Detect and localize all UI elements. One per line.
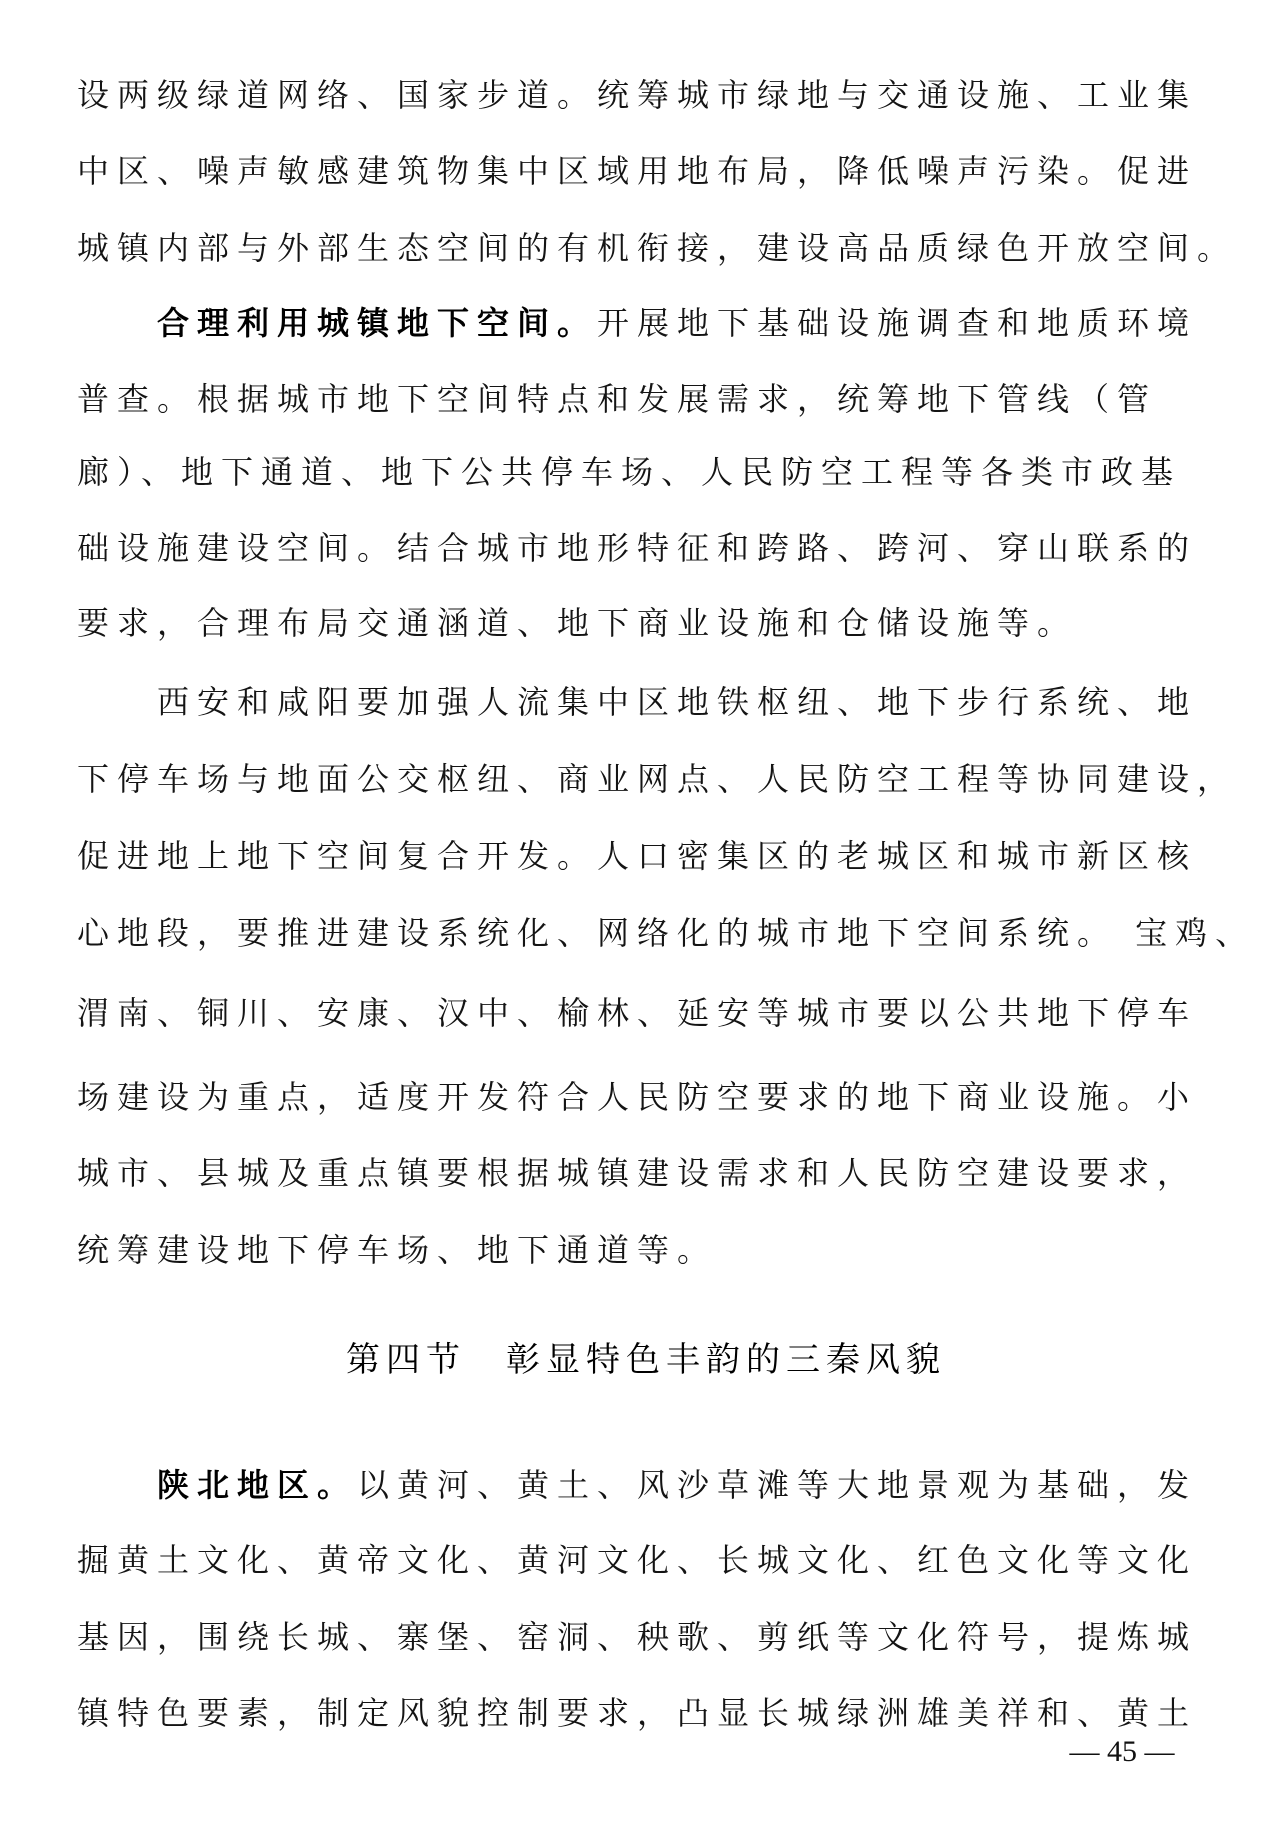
paragraph-2-line-1: 合理利用城镇地下空间。开展地下基础设施调查和地质环境 (157, 285, 1197, 361)
paragraph-4-line-2: 掘黄土文化、黄帝文化、黄河文化、长城文化、红色文化等文化 (77, 1522, 1197, 1598)
paragraph-1-line-1: 设两级绿道网络、国家步道。统筹城市绿地与交通设施、工业集 (77, 57, 1197, 133)
paragraph-4-line-3: 基因，围绕长城、寨堡、窑洞、秧歌、剪纸等文化符号，提炼城 (77, 1599, 1197, 1675)
paragraph-3-line-2: 下停车场与地面公交枢纽、商业网点、人民防空工程等协同建设， (77, 741, 1237, 817)
paragraph-2-line-4: 础设施建设空间。结合城市地形特征和跨路、跨河、穿山联系的 (77, 510, 1197, 586)
paragraph-3-line-6: 场建设为重点，适度开发符合人民防空要求的地下商业设施。小 (77, 1059, 1197, 1135)
paragraph-1-line-3: 城镇内部与外部生态空间的有机衔接，建设高品质绿色开放空间。 (77, 210, 1237, 286)
paragraph-2-lead-heading: 合理利用城镇地下空间。 (157, 304, 597, 342)
section-heading: 第四节 彰显特色丰韵的三秦风貌 (0, 1330, 1280, 1390)
page-number: — 45 — (1047, 1732, 1197, 1772)
paragraph-2-line-3: 廊）、地下通道、地下公共停车场、人民防空工程等各类市政基 (77, 434, 1181, 510)
paragraph-2-line-5: 要求，合理布局交通涵道、地下商业设施和仓储设施等。 (77, 585, 1077, 661)
paragraph-2-line-1-text: 开展地下基础设施调查和地质环境 (597, 304, 1197, 342)
paragraph-3-line-8: 统筹建设地下停车场、地下通道等。 (77, 1212, 717, 1288)
document-page: 设两级绿道网络、国家步道。统筹城市绿地与交通设施、工业集 中区、噪声敏感建筑物集… (0, 0, 1280, 1846)
paragraph-4-line-1: 陕北地区。以黄河、黄土、风沙草滩等大地景观为基础，发 (157, 1447, 1197, 1523)
paragraph-1-line-2: 中区、噪声敏感建筑物集中区域用地布局，降低噪声污染。促进 (77, 133, 1197, 209)
paragraph-3-line-5: 渭南、铜川、安康、汉中、榆林、延安等城市要以公共地下停车 (77, 975, 1197, 1051)
paragraph-3-line-7: 城市、县城及重点镇要根据城镇建设需求和人民防空建设要求， (77, 1135, 1197, 1211)
paragraph-3-line-4: 心地段，要推进建设系统化、网络化的城市地下空间系统。 宝鸡、 (77, 895, 1255, 971)
paragraph-2-line-2: 普查。根据城市地下空间特点和发展需求，统筹地下管线（管 (77, 361, 1157, 437)
paragraph-4-lead-heading: 陕北地区。 (157, 1466, 357, 1504)
paragraph-4-line-4: 镇特色要素，制定风貌控制要求，凸显长城绿洲雄美祥和、黄土 (77, 1675, 1197, 1751)
paragraph-4-line-1-text: 以黄河、黄土、风沙草滩等大地景观为基础，发 (357, 1466, 1197, 1504)
paragraph-3-line-1: 西安和咸阳要加强人流集中区地铁枢纽、地下步行系统、地 (157, 664, 1197, 740)
paragraph-3-line-3: 促进地上地下空间复合开发。人口密集区的老城区和城市新区核 (77, 818, 1197, 894)
